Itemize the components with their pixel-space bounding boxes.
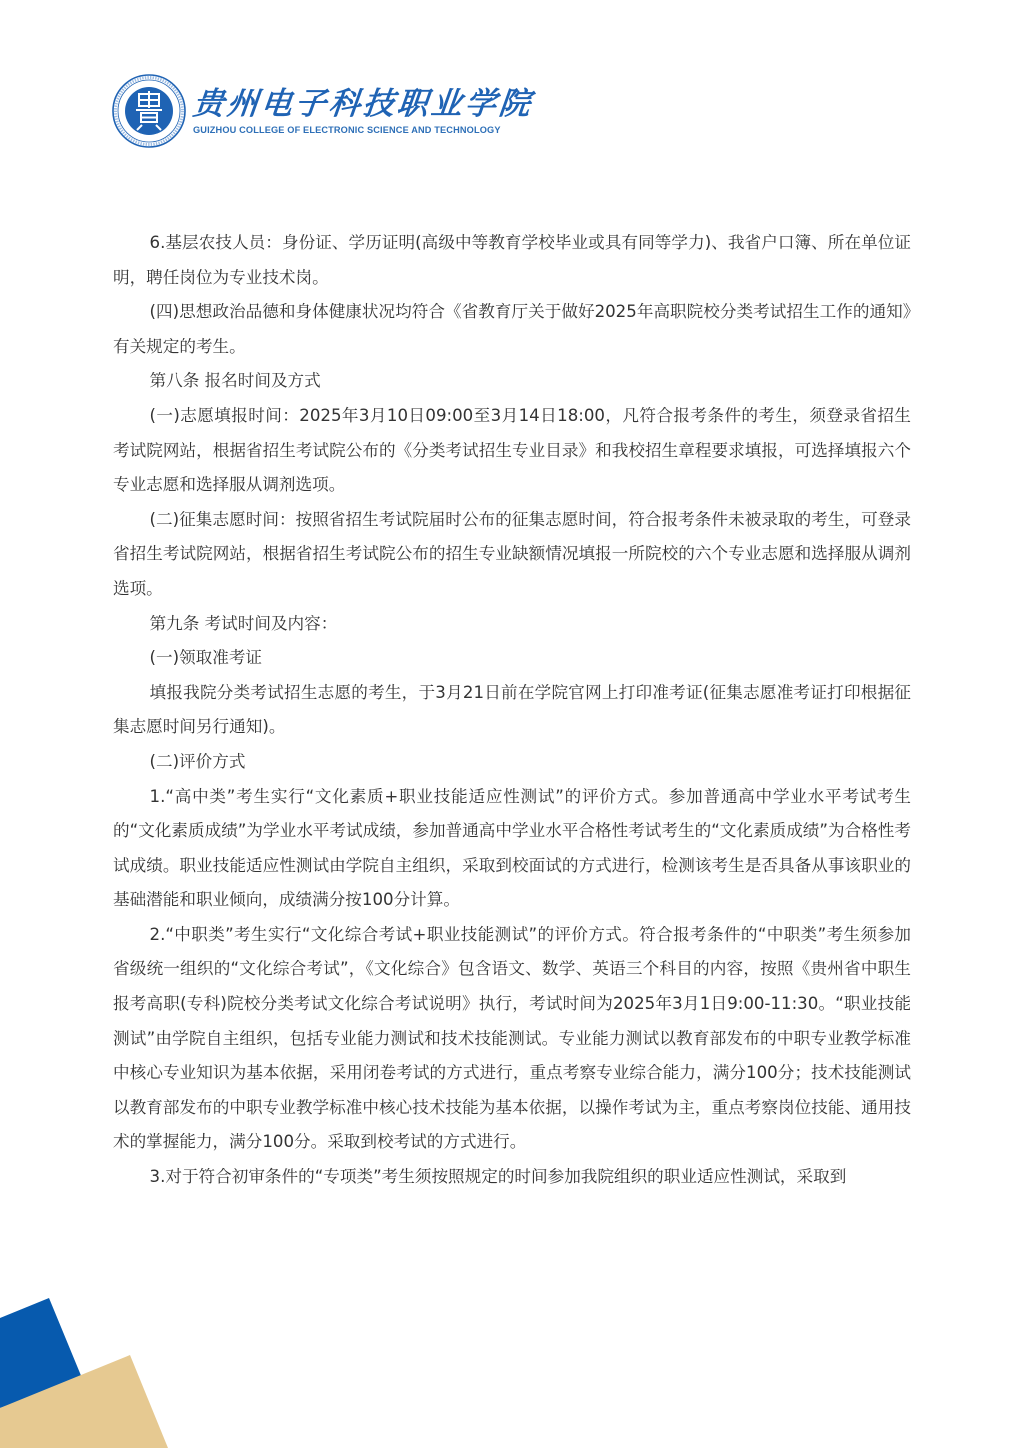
document-body: 6.基层农技人员：身份证、学历证明(高级中等教育学校毕业或具有同等学力)、我省户…: [113, 226, 911, 1195]
paragraph-supplementary-period: (二)征集志愿时间：按照省招生考试院届时公布的征集志愿时间，符合报考条件未被录取…: [113, 503, 911, 607]
brand-block: 贵州电子科技职业学院 GUIZHOU COLLEGE OF ELECTRONIC…: [193, 86, 533, 136]
corner-geometric-shapes-icon: [0, 1288, 200, 1448]
page-header: 贵州电子科技职业学院 GUIZHOU COLLEGE OF ELECTRONIC…: [112, 72, 533, 150]
paragraph-application-period: (一)志愿填报时间：2025年3月10日09:00至3月14日18:00，凡符合…: [113, 399, 911, 503]
paragraph-vocational-category: 2.“中职类”考生实行“文化综合考试+职业技能测试”的评价方式。符合报考条件的“…: [113, 918, 911, 1160]
article-8-heading: 第八条 报名时间及方式: [113, 364, 911, 399]
paragraph-high-school-category: 1.“高中类”考生实行“文化素质+职业技能适应性测试”的评价方式。参加普通高中学…: [113, 780, 911, 918]
college-name-en: GUIZHOU COLLEGE OF ELECTRONIC SCIENCE AN…: [193, 124, 533, 136]
subheading-admission-ticket: (一)领取准考证: [113, 641, 911, 676]
college-seal-icon: [112, 74, 186, 148]
article-9-heading: 第九条 考试时间及内容：: [113, 607, 911, 642]
subheading-evaluation: (二)评价方式: [113, 745, 911, 780]
paragraph-moral-health: (四)思想政治品德和身体健康状况均符合《省教育厅关于做好2025年高职院校分类考…: [113, 295, 911, 364]
paragraph-special-category: 3.对于符合初审条件的“专项类”考生须按照规定的时间参加我院组织的职业适应性测试…: [113, 1160, 911, 1195]
college-name-cn: 贵州电子科技职业学院: [191, 86, 535, 122]
paragraph-admission-ticket: 填报我院分类考试招生志愿的考生，于3月21日前在学院官网上打印准考证(征集志愿准…: [113, 676, 911, 745]
paragraph-farm-tech-staff: 6.基层农技人员：身份证、学历证明(高级中等教育学校毕业或具有同等学力)、我省户…: [113, 226, 911, 295]
